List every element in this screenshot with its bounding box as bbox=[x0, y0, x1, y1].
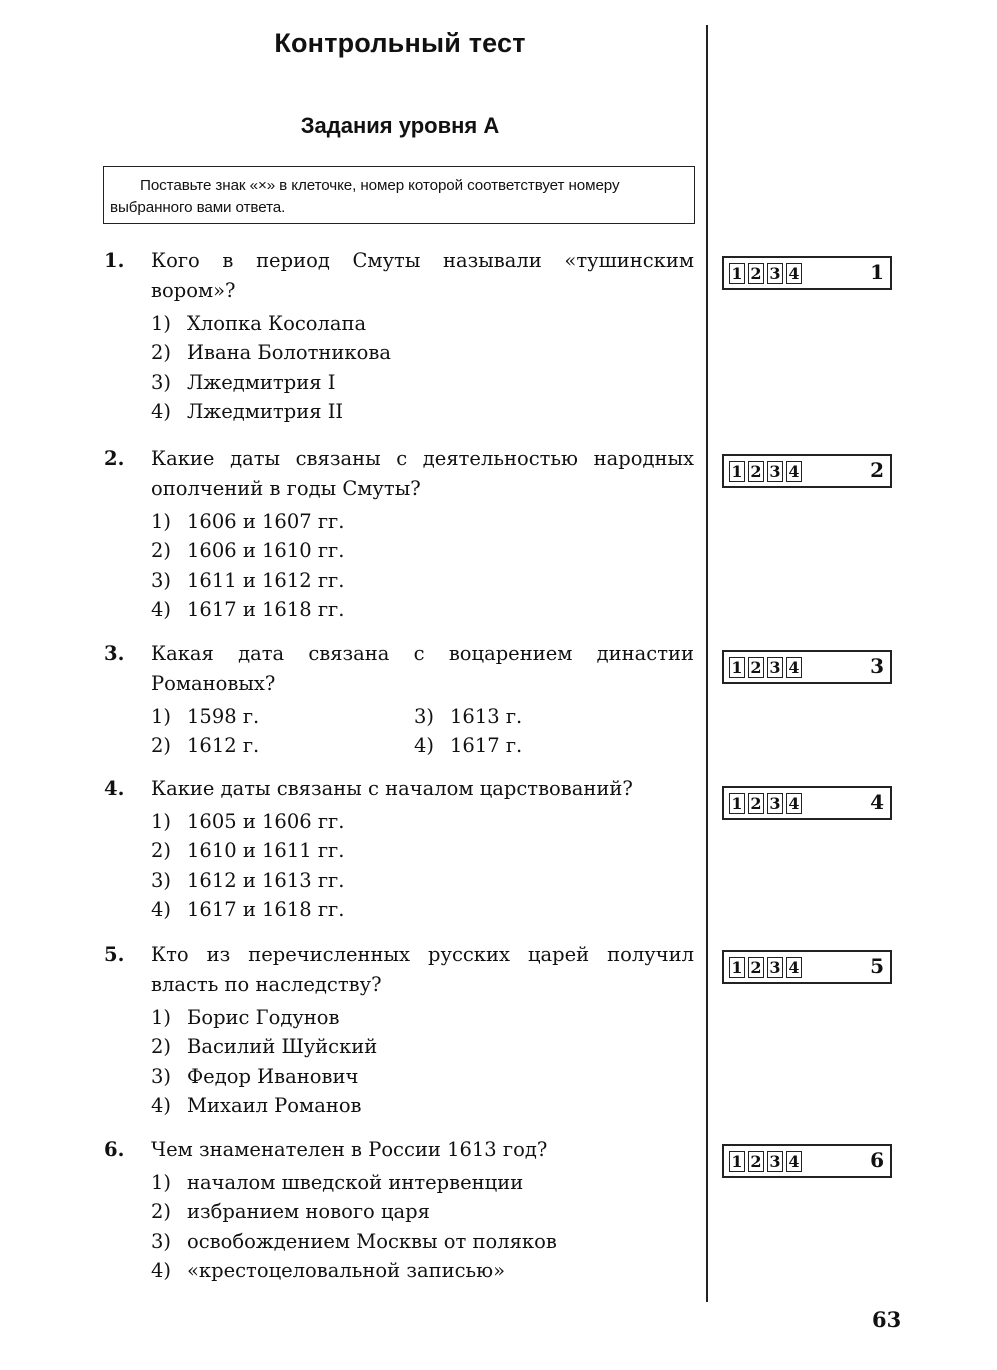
answer-box-4: 1 2 3 4 4 bbox=[722, 786, 892, 820]
option-4: 4)«крестоцеловальной записью» bbox=[151, 1256, 694, 1285]
option-text: 1612 и 1613 гг. bbox=[187, 869, 344, 892]
option-text: Лжедмитрия I bbox=[187, 371, 335, 394]
question-number: 1. bbox=[104, 246, 124, 276]
option-list: 1)1605 и 1606 гг. 2)1610 и 1611 гг. 3)16… bbox=[151, 807, 694, 924]
answer-box-number: 2 bbox=[870, 458, 884, 482]
option-number: 3) bbox=[151, 1062, 187, 1091]
option-text: 1617 и 1618 гг. bbox=[187, 898, 344, 921]
question-1: 1. Кого в период Смуты называли «тушинск… bbox=[104, 246, 694, 426]
option-text: Ивана Болотникова bbox=[187, 341, 391, 364]
option-number: 1) bbox=[151, 1168, 187, 1197]
option-number: 4) bbox=[151, 895, 187, 924]
instruction-box: Поставьте знак «×» в клеточке, номер кот… bbox=[103, 166, 695, 224]
option-number: 3) bbox=[151, 866, 187, 895]
answer-cell-2[interactable]: 2 bbox=[748, 1151, 764, 1172]
option-number: 4) bbox=[151, 397, 187, 426]
option-list: 1)Борис Годунов 2)Василий Шуйский 3)Федо… bbox=[151, 1003, 694, 1120]
answer-cell-1[interactable]: 1 bbox=[729, 793, 745, 814]
question-text: Какие даты связаны с деятельностью народ… bbox=[151, 444, 694, 504]
question-5: 5. Кто из перечисленных русских царей по… bbox=[104, 940, 694, 1120]
question-number: 3. bbox=[104, 639, 124, 669]
question-number: 6. bbox=[104, 1135, 124, 1165]
answer-cell-3[interactable]: 3 bbox=[767, 957, 783, 978]
question-text: Чем знаменателен в России 1613 год? bbox=[151, 1135, 694, 1165]
answer-box-1: 1 2 3 4 1 bbox=[722, 256, 892, 290]
option-text: освобождением Москвы от поляков bbox=[187, 1230, 557, 1253]
option-number: 2) bbox=[151, 338, 187, 367]
option-4: 4)Лжедмитрия II bbox=[151, 397, 694, 426]
answer-cell-3[interactable]: 3 bbox=[767, 793, 783, 814]
answer-cell-1[interactable]: 1 bbox=[729, 657, 745, 678]
option-1: 1)Хлопка Косолапа bbox=[151, 309, 694, 338]
answer-box-6: 1 2 3 4 6 bbox=[722, 1144, 892, 1178]
option-1: 1)1598 г. bbox=[151, 702, 414, 731]
section-subtitle: Задания уровня А bbox=[100, 113, 700, 139]
option-3: 3)Лжедмитрия I bbox=[151, 368, 694, 397]
option-text: 1617 г. bbox=[450, 734, 522, 757]
option-4: 4)1617 и 1618 гг. bbox=[151, 595, 694, 624]
option-text: 1605 и 1606 гг. bbox=[187, 810, 344, 833]
option-3: 3)1613 г. bbox=[414, 702, 694, 731]
option-text: Василий Шуйский bbox=[187, 1035, 377, 1058]
question-number: 5. bbox=[104, 940, 124, 970]
answer-box-2: 1 2 3 4 2 bbox=[722, 454, 892, 488]
option-number: 1) bbox=[151, 807, 187, 836]
answer-cell-3[interactable]: 3 bbox=[767, 1151, 783, 1172]
answer-box-number: 3 bbox=[870, 654, 884, 678]
answer-cell-2[interactable]: 2 bbox=[748, 793, 764, 814]
option-1: 1)Борис Годунов bbox=[151, 1003, 694, 1032]
option-number: 2) bbox=[151, 536, 187, 565]
option-text: «крестоцеловальной записью» bbox=[187, 1259, 505, 1282]
option-number: 4) bbox=[151, 1091, 187, 1120]
answer-box-3: 1 2 3 4 3 bbox=[722, 650, 892, 684]
option-text: Лжедмитрия II bbox=[187, 400, 343, 423]
option-list: 1)1598 г. 3)1613 г. 2)1612 г. 4)1617 г. bbox=[151, 702, 694, 761]
option-3: 3)1611 и 1612 гг. bbox=[151, 566, 694, 595]
option-number: 3) bbox=[151, 566, 187, 595]
option-number: 1) bbox=[151, 309, 187, 338]
option-2: 2)1610 и 1611 гг. bbox=[151, 836, 694, 865]
option-text: Хлопка Косолапа bbox=[187, 312, 366, 335]
option-2: 2)Василий Шуйский bbox=[151, 1032, 694, 1061]
option-list: 1)Хлопка Косолапа 2)Ивана Болотникова 3)… bbox=[151, 309, 694, 426]
question-2: 2. Какие даты связаны с деятельностью на… bbox=[104, 444, 694, 624]
option-1: 1)1606 и 1607 гг. bbox=[151, 507, 694, 536]
option-4: 4)1617 и 1618 гг. bbox=[151, 895, 694, 924]
option-4: 4)1617 г. bbox=[414, 731, 694, 760]
answer-cell-2[interactable]: 2 bbox=[748, 461, 764, 482]
answer-box-number: 4 bbox=[870, 790, 884, 814]
answer-box-number: 1 bbox=[870, 260, 884, 284]
option-number: 3) bbox=[414, 702, 450, 731]
answer-column-divider bbox=[706, 25, 708, 1302]
option-1: 1)1605 и 1606 гг. bbox=[151, 807, 694, 836]
page-title: Контрольный тест bbox=[100, 28, 700, 59]
answer-cell-4[interactable]: 4 bbox=[786, 1151, 802, 1172]
option-text: Борис Годунов bbox=[187, 1006, 340, 1029]
question-6: 6. Чем знаменателен в России 1613 год? 1… bbox=[104, 1135, 694, 1285]
page-number: 63 bbox=[872, 1307, 901, 1332]
answer-cell-1[interactable]: 1 bbox=[729, 461, 745, 482]
option-list: 1)началом шведской интервенции 2)избрани… bbox=[151, 1168, 694, 1285]
option-3: 3)Федор Иванович bbox=[151, 1062, 694, 1091]
answer-box-5: 1 2 3 4 5 bbox=[722, 950, 892, 984]
option-number: 2) bbox=[151, 1197, 187, 1226]
answer-cell-4[interactable]: 4 bbox=[786, 957, 802, 978]
option-text: 1606 и 1607 гг. bbox=[187, 510, 344, 533]
option-text: Михаил Романов bbox=[187, 1094, 362, 1117]
question-text: Кто из перечисленных русских царей получ… bbox=[151, 940, 694, 1000]
answer-cell-2[interactable]: 2 bbox=[748, 263, 764, 284]
option-2: 2)1612 г. bbox=[151, 731, 414, 760]
option-text: 1598 г. bbox=[187, 705, 259, 728]
answer-cell-1[interactable]: 1 bbox=[729, 957, 745, 978]
option-number: 1) bbox=[151, 1003, 187, 1032]
answer-box-number: 5 bbox=[870, 954, 884, 978]
option-text: 1606 и 1610 гг. bbox=[187, 539, 344, 562]
answer-cell-4[interactable]: 4 bbox=[786, 461, 802, 482]
option-text: избранием нового царя bbox=[187, 1200, 430, 1223]
option-number: 1) bbox=[151, 507, 187, 536]
question-3: 3. Какая дата связана с воцарением динас… bbox=[104, 639, 694, 761]
option-number: 2) bbox=[151, 836, 187, 865]
option-2: 2)избранием нового царя bbox=[151, 1197, 694, 1226]
answer-cell-4[interactable]: 4 bbox=[786, 793, 802, 814]
option-number: 2) bbox=[151, 731, 187, 760]
option-number: 3) bbox=[151, 1227, 187, 1256]
answer-box-number: 6 bbox=[870, 1148, 884, 1172]
option-2: 2)Ивана Болотникова bbox=[151, 338, 694, 367]
answer-cell-3[interactable]: 3 bbox=[767, 263, 783, 284]
option-number: 4) bbox=[151, 595, 187, 624]
option-2: 2)1606 и 1610 гг. bbox=[151, 536, 694, 565]
answer-cell-2[interactable]: 2 bbox=[748, 657, 764, 678]
question-text: Какая дата связана с воцарением династии… bbox=[151, 639, 694, 699]
answer-cell-4[interactable]: 4 bbox=[786, 657, 802, 678]
answer-cell-3[interactable]: 3 bbox=[767, 461, 783, 482]
option-text: началом шведской интервенции bbox=[187, 1171, 523, 1194]
option-4: 4)Михаил Романов bbox=[151, 1091, 694, 1120]
option-list: 1)1606 и 1607 гг. 2)1606 и 1610 гг. 3)16… bbox=[151, 507, 694, 624]
option-number: 3) bbox=[151, 368, 187, 397]
answer-cell-2[interactable]: 2 bbox=[748, 957, 764, 978]
question-4: 4. Какие даты связаны с началом царствов… bbox=[104, 774, 694, 924]
option-text: 1612 г. bbox=[187, 734, 259, 757]
answer-cell-1[interactable]: 1 bbox=[729, 1151, 745, 1172]
option-text: 1617 и 1618 гг. bbox=[187, 598, 344, 621]
question-number: 2. bbox=[104, 444, 124, 474]
answer-cell-1[interactable]: 1 bbox=[729, 263, 745, 284]
question-number: 4. bbox=[104, 774, 124, 804]
option-3: 3)1612 и 1613 гг. bbox=[151, 866, 694, 895]
option-1: 1)началом шведской интервенции bbox=[151, 1168, 694, 1197]
option-text: Федор Иванович bbox=[187, 1065, 358, 1088]
answer-cell-3[interactable]: 3 bbox=[767, 657, 783, 678]
option-number: 2) bbox=[151, 1032, 187, 1061]
question-text: Какие даты связаны с началом царствовани… bbox=[151, 774, 694, 804]
option-number: 4) bbox=[151, 1256, 187, 1285]
option-number: 4) bbox=[414, 731, 450, 760]
answer-cell-4[interactable]: 4 bbox=[786, 263, 802, 284]
option-number: 1) bbox=[151, 702, 187, 731]
option-text: 1610 и 1611 гг. bbox=[187, 839, 344, 862]
option-text: 1611 и 1612 гг. bbox=[187, 569, 344, 592]
option-3: 3)освобождением Москвы от поляков bbox=[151, 1227, 694, 1256]
question-text: Кого в период Смуты называли «тушинским … bbox=[151, 246, 694, 306]
option-text: 1613 г. bbox=[450, 705, 522, 728]
